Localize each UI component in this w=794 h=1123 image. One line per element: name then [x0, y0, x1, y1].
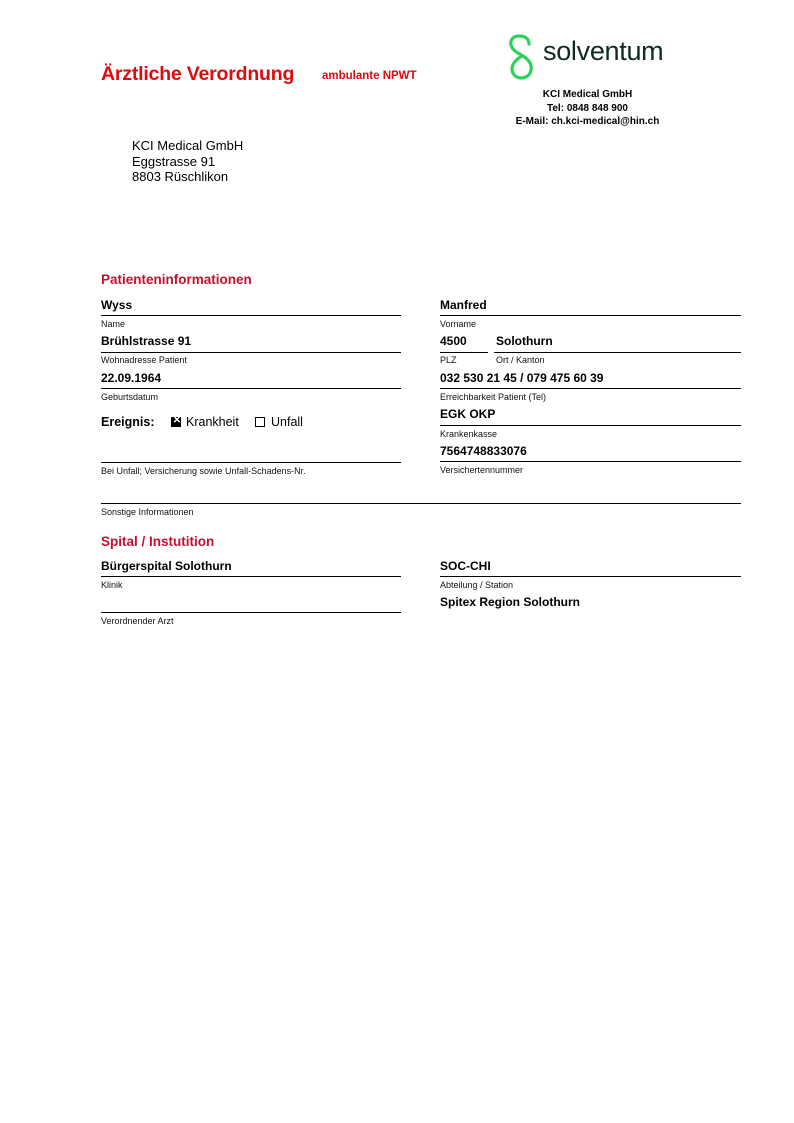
address-label: Wohnadresse Patient	[101, 355, 187, 365]
birthdate-field[interactable]: 22.09.1964	[101, 371, 161, 385]
insurance-number-label: Versichertennummer	[440, 465, 523, 475]
insurance-number-field[interactable]: 7564748833076	[440, 444, 527, 458]
insurer-field[interactable]: EGK OKP	[440, 407, 495, 421]
divider	[494, 352, 741, 353]
krankheit-checkbox[interactable]	[171, 417, 181, 427]
address-field[interactable]: Brühlstrasse 91	[101, 334, 191, 348]
address-line-1: KCI Medical GmbH	[132, 138, 243, 154]
city-field[interactable]: Solothurn	[496, 334, 553, 348]
city-label: Ort / Kanton	[496, 355, 545, 365]
unfall-option-label: Unfall	[271, 415, 303, 429]
name-label: Name	[101, 319, 125, 329]
firstname-label: Vorname	[440, 319, 476, 329]
brand-name: solventum	[543, 36, 663, 67]
other-info-label: Sonstige Informationen	[101, 507, 194, 517]
divider	[440, 425, 741, 426]
patient-section-title: Patienteninformationen	[101, 272, 252, 287]
company-contact: KCI Medical GmbH Tel: 0848 848 900 E-Mai…	[500, 88, 675, 129]
other-info-field[interactable]	[101, 503, 741, 504]
divider	[440, 576, 741, 577]
divider	[440, 461, 741, 462]
plz-field[interactable]: 4500	[440, 334, 467, 348]
hospital-section-title: Spital / Instutition	[101, 534, 214, 549]
divider	[101, 576, 401, 577]
phone-field[interactable]: 032 530 21 45 / 079 475 60 39	[440, 371, 603, 385]
divider	[101, 352, 401, 353]
divider	[440, 352, 488, 353]
spitex-field[interactable]: Spitex Region Solothurn	[440, 595, 580, 609]
address-line-3: 8803 Rüschlikon	[132, 169, 243, 185]
divider	[101, 315, 401, 316]
clinic-field[interactable]: Bürgerspital Solothurn	[101, 559, 232, 573]
checked-box-icon	[171, 417, 181, 427]
insurer-label: Krankenkasse	[440, 429, 497, 439]
doctor-label: Verordnender Arzt	[101, 616, 174, 626]
company-email: E-Mail: ch.kci-medical@hin.ch	[500, 115, 675, 129]
accident-insurance-field[interactable]	[101, 462, 401, 463]
plz-label: PLZ	[440, 355, 457, 365]
clinic-label: Klinik	[101, 580, 123, 590]
firstname-field[interactable]: Manfred	[440, 298, 487, 312]
form-subtitle: ambulante NPWT	[322, 70, 417, 82]
event-label: Ereignis:	[101, 415, 155, 429]
form-title: Ärztliche Verordnung	[101, 63, 294, 86]
krankheit-option-label: Krankheit	[186, 415, 239, 429]
company-name: KCI Medical GmbH	[500, 88, 675, 102]
birthdate-label: Geburtsdatum	[101, 392, 158, 402]
divider	[440, 315, 741, 316]
name-field[interactable]: Wyss	[101, 298, 132, 312]
divider	[101, 388, 401, 389]
doctor-field[interactable]	[101, 612, 401, 613]
address-line-2: Eggstrasse 91	[132, 154, 243, 170]
recipient-address: KCI Medical GmbH Eggstrasse 91 8803 Rüsc…	[132, 138, 243, 185]
accident-insurance-label: Bei Unfall; Versicherung sowie Unfall-Sc…	[101, 466, 306, 476]
company-phone: Tel: 0848 848 900	[500, 102, 675, 116]
unfall-checkbox[interactable]	[255, 417, 265, 427]
phone-label: Erreichbarkeit Patient (Tel)	[440, 392, 546, 402]
department-field[interactable]: SOC-CHI	[440, 559, 491, 573]
department-label: Abteilung / Station	[440, 580, 513, 590]
divider	[440, 388, 741, 389]
